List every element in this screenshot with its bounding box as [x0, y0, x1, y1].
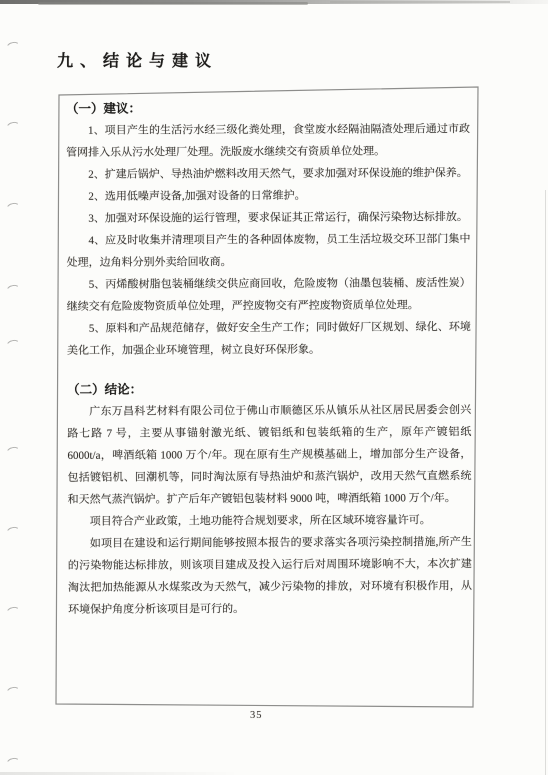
suggestion-item: 5、原料和产品规范储存，做好安全生产工作；同时做好厂区规划、绿化、环境美化工作，…	[67, 316, 471, 362]
suggestion-item: 1、项目产生的生活污水经三级化粪处理，食堂废水经隔油隔渣处理后通过市政管网排入乐…	[66, 118, 470, 164]
suggestion-item: 4、应及时收集并清理项目产生的各种固体废物，员工生活垃圾交环卫部门集中处理，边角…	[66, 228, 470, 274]
conclusions-heading: （二）结论：	[67, 377, 471, 401]
conclusion-paragraph: 如项目在建设和运行期间能够按照本报告的要求落实各项污染控制措施,所产生的污染物能…	[68, 531, 472, 621]
conclusion-paragraph: 广东万昌科艺材料有限公司位于佛山市顺德区乐从镇乐从社区居民居委会创兴路七路 7 …	[67, 399, 471, 511]
suggestion-item: 2、扩建后锅炉、导热油炉燃料改用天然气，要求加强对环保设施的维护保养。	[66, 162, 470, 186]
suggestion-item: 3、加强对环保设施的运行管理，要求保证其正常运行，确保污染物达标排放。	[66, 206, 470, 230]
suggestions-heading: （一）建议：	[66, 96, 470, 120]
conclusion-paragraph: 项目符合产业政策，土地功能符合规划要求，所在区域环境容量许可。	[68, 509, 472, 533]
scanned-document-page: 九、结论与建议 （一）建议： 1、项目产生的生活污水经三级化粪处理，食堂废水经隔…	[0, 0, 548, 775]
suggestion-item: 2、选用低噪声设备,加强对设备的日常维护。	[66, 184, 470, 208]
content-box: （一）建议： 1、项目产生的生活污水经三级化粪处理，食堂废水经隔油隔渣处理后通过…	[58, 88, 480, 621]
suggestion-item: 5、丙烯酸树脂包装桶继续交供应商回收，危险废物（油墨包装桶、废活性炭）继续交有危…	[67, 272, 471, 318]
page-number: 35	[250, 710, 263, 721]
